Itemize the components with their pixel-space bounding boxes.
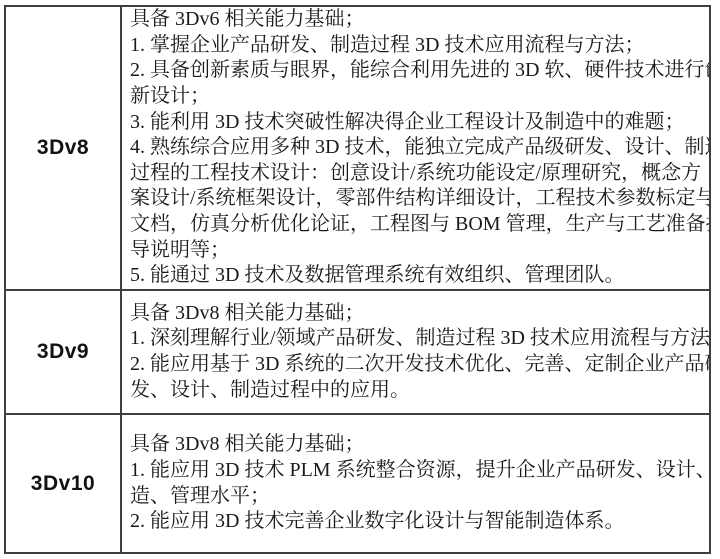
table-row-3dv8: 3Dv8 具备 3Dv6 相关能力基础； 1. 掌握企业产品研发、制造过程 3D… [6,7,709,289]
text-line: 5. 能通过 3D 技术及数据管理系统有效组织、管理团队。 [130,263,705,289]
text-line: 4. 熟练综合应用多种 3D 技术，能独立完成产品级研发、设计、制造 [130,135,705,161]
text-line: 发、设计、制造过程中的应用。 [130,378,705,404]
text-line: 导说明等； [130,238,705,264]
level-label-cell: 3Dv8 [6,7,122,289]
text-line: 2. 具备创新素质与眼界，能综合利用先进的 3D 软、硬件技术进行创 [130,58,705,84]
table-row-3dv10: 3Dv10 具备 3Dv8 相关能力基础； 1. 能应用 3D 技术 PLM 系… [6,413,709,552]
text-line: 具备 3Dv8 相关能力基础； [130,301,705,327]
level-label: 3Dv9 [37,340,89,364]
level-label-cell: 3Dv9 [6,291,122,413]
text-line: 新设计； [130,84,705,110]
text-line: 具备 3Dv8 相关能力基础； [130,432,705,458]
text-line: 1. 掌握企业产品研发、制造过程 3D 技术应用流程与方法； [130,33,705,59]
table-row-3dv9: 3Dv9 具备 3Dv8 相关能力基础； 1. 深刻理解行业/领域产品研发、制造… [6,289,709,413]
text-line: 2. 能应用 3D 技术完善企业数字化设计与智能制造体系。 [130,509,705,535]
text-line: 案设计/系统框架设计，零部件结构详细设计，工程技术参数标定与 [130,186,705,212]
text-line: 3. 能利用 3D 技术突破性解决得企业工程设计及制造中的难题； [130,110,705,136]
text-line: 具备 3Dv6 相关能力基础； [130,7,705,33]
text-line: 2. 能应用基于 3D 系统的二次开发技术优化、完善、定制企业产品研 [130,352,705,378]
level-label-cell: 3Dv10 [6,415,122,552]
level-label: 3Dv10 [31,472,95,496]
capability-description-cell: 具备 3Dv6 相关能力基础； 1. 掌握企业产品研发、制造过程 3D 技术应用… [122,7,709,289]
level-label: 3Dv8 [37,136,89,160]
text-line: 1. 能应用 3D 技术 PLM 系统整合资源，提升企业产品研发、设计、制 [130,458,705,484]
text-line: 文档，仿真分析优化论证，工程图与 BOM 管理，生产与工艺准备指 [130,212,705,238]
capability-description-cell: 具备 3Dv8 相关能力基础； 1. 能应用 3D 技术 PLM 系统整合资源，… [122,415,709,552]
text-line: 1. 深刻理解行业/领域产品研发、制造过程 3D 技术应用流程与方法； [130,326,705,352]
capability-description-cell: 具备 3Dv8 相关能力基础； 1. 深刻理解行业/领域产品研发、制造过程 3D… [122,291,709,413]
text-line: 造、管理水平； [130,484,705,510]
capability-level-table: 3Dv8 具备 3Dv6 相关能力基础； 1. 掌握企业产品研发、制造过程 3D… [4,5,711,554]
text-line: 过程的工程技术设计：创意设计/系统功能设定/原理研究，概念方 [130,161,705,187]
